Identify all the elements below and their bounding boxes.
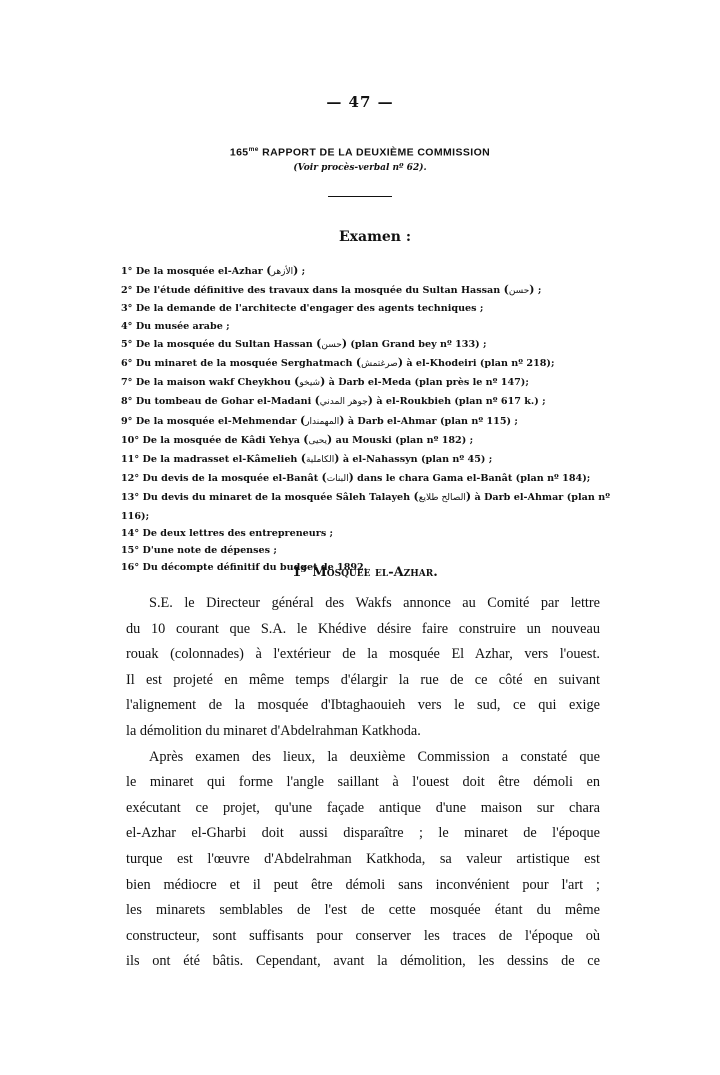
agenda-item: 1° De la mosquée el-Azhar (الأزهر) ;	[121, 262, 601, 281]
item-number: 2°	[121, 285, 132, 296]
agenda-item: 7° De la maison wakf Cheykhou (شيخو) à D…	[121, 373, 601, 392]
text-line: Après examen des lieux, la deuxième Comm…	[126, 745, 600, 771]
text-line: le minaret qui forme l'angle saillant à …	[126, 770, 600, 796]
item-number: 9°	[121, 416, 132, 427]
item-number: 15°	[121, 545, 139, 556]
item-text: De la madrasset el-Kâmelieh	[143, 454, 298, 465]
text-line: l'alignement de la mosquée d'Ibtaghaouie…	[126, 693, 600, 719]
item-text: Du devis du minaret de la mosquée Sâleh …	[143, 492, 411, 503]
arabic-name: حسن	[321, 340, 341, 350]
agenda-item: 11° De la madrasset el-Kâmelieh (الكاملي…	[121, 450, 601, 469]
text-line: S.E. le Directeur général des Wakfs anno…	[126, 591, 600, 617]
item-text: De la mosquée el-Azhar	[136, 266, 263, 277]
item-text-after: à el-Nahassyn (plan nº 45) ;	[343, 454, 492, 465]
arabic-name: جوهر المدني	[320, 397, 368, 407]
item-text: De la mosquée el-Mehmendar	[136, 416, 297, 427]
item-number: 12°	[121, 473, 139, 484]
arabic-name: حسن	[509, 286, 529, 296]
separator-rule	[328, 196, 392, 197]
agenda-item: 3° De la demande de l'architecte d'engag…	[121, 300, 601, 317]
text-line: Il est projeté en même temps d'élargir l…	[126, 668, 600, 694]
text-line: constructeur, sont suffisants pour conse…	[126, 924, 600, 950]
agenda-item: 2° De l'étude définitive des travaux dan…	[121, 281, 601, 300]
item-text-after: à Darb el-Ahmar (plan nº 115) ;	[348, 416, 518, 427]
item-number: 7°	[121, 377, 132, 388]
item-text-after: à el-Khodeiri (plan nº 218);	[406, 358, 554, 369]
text-line: les minarets semblables de l'est de cett…	[126, 898, 600, 924]
arabic-name: يحيى	[309, 436, 328, 446]
item-text-after: au Mouski (plan nº 182) ;	[336, 435, 474, 446]
item-number: 8°	[121, 396, 132, 407]
item-number: 4°	[121, 321, 132, 332]
item-number: 13°	[121, 492, 139, 503]
item-text-after: ;	[302, 266, 306, 277]
item-text: De la mosquée de Kâdi Yehya	[143, 435, 300, 446]
item-text: De la maison wakf Cheykhou	[136, 377, 291, 388]
item-text: De deux lettres des entrepreneurs ;	[143, 528, 334, 539]
agenda-item: 8° Du tombeau de Gohar el-Madani (جوهر ا…	[121, 392, 601, 411]
report-title-text: RAPPORT DE LA DEUXIÈME COMMISSION	[259, 147, 490, 159]
agenda-item: 9° De la mosquée el-Mehmendar (المهمندار…	[121, 412, 601, 431]
agenda-item: 6° Du minaret de la mosquée Serghatmach …	[121, 354, 601, 373]
page-number: — 47 —	[0, 93, 720, 111]
item-text: De la demande de l'architecte d'engager …	[136, 303, 484, 314]
item-text-after: ;	[538, 285, 542, 296]
item-text: De l'étude définitive des travaux dans l…	[136, 285, 500, 296]
item-number: 10°	[121, 435, 139, 446]
arabic-name: المهمندار	[305, 417, 339, 427]
agenda-item: 12° Du devis de la mosquée el-Banât (الب…	[110, 469, 610, 488]
item-text: D'une note de dépenses ;	[143, 545, 277, 556]
agenda-item: 5° De la mosquée du Sultan Hassan (حسن) …	[121, 335, 601, 354]
arabic-name: الصالح طلايع	[419, 493, 466, 503]
item-text-after: (plan Grand bey nº 133) ;	[350, 339, 486, 350]
report-title: 165me RAPPORT DE LA DEUXIÈME COMMISSION	[0, 146, 720, 159]
item-text: Du musée arabe ;	[136, 321, 230, 332]
item-number: 6°	[121, 358, 132, 369]
report-number: 165	[230, 147, 249, 159]
item-text: De la mosquée du Sultan Hassan	[136, 339, 313, 350]
item-number: 14°	[121, 528, 139, 539]
arabic-name: الكاملية	[306, 455, 334, 465]
agenda-item: 15° D'une note de dépenses ;	[121, 542, 601, 559]
document-page: — 47 — 165me RAPPORT DE LA DEUXIÈME COMM…	[0, 0, 720, 1075]
item-text-after: à Darb el-Meda (plan près le nº 147);	[329, 377, 529, 388]
text-line: turque est l'œuvre d'Abdelrahman Katkhod…	[126, 847, 600, 873]
agenda-item: 10° De la mosquée de Kâdi Yehya (يحيى) a…	[121, 431, 601, 450]
text-line: du 10 courant que S.A. le Khédive désire…	[126, 617, 600, 643]
arabic-name: شيخو	[299, 378, 320, 388]
item-text-after: dans le chara Gama el-Banât (plan nº 184…	[357, 473, 590, 484]
text-line: la démolition du minaret d'Abdelrahman K…	[126, 719, 600, 745]
text-line: rouak (colonnades) à l'extérieur de la m…	[126, 642, 600, 668]
text-line: el-Azhar el-Gharbi doit aussi disparaîtr…	[126, 821, 600, 847]
examen-heading: Examen :	[0, 229, 720, 245]
item-number: 3°	[121, 303, 132, 314]
item-text: Du minaret de la mosquée Serghatmach	[136, 358, 353, 369]
item-text: Du devis de la mosquée el-Banât	[143, 473, 319, 484]
agenda-list: 1° De la mosquée el-Azhar (الأزهر) ; 2° …	[121, 262, 601, 576]
body-text: S.E. le Directeur général des Wakfs anno…	[126, 591, 600, 975]
agenda-item: 4° Du musée arabe ;	[121, 318, 601, 335]
arabic-name: البنات	[327, 474, 349, 484]
item-number: 1°	[121, 266, 132, 277]
item-number: 5°	[121, 339, 132, 350]
agenda-item: 14° De deux lettres des entrepreneurs ;	[121, 525, 601, 542]
item-text: Du tombeau de Gohar el-Madani	[136, 396, 311, 407]
arabic-name: صرغتمش	[361, 359, 398, 369]
item-text-after: à el-Roukbieh (plan nº 617 k.) ;	[376, 396, 545, 407]
text-line: ils ont été bâtis. Cependant, avant la d…	[126, 949, 600, 975]
text-line: exécutant ce projet, qu'une façade antiq…	[126, 796, 600, 822]
report-subtitle: (Voir procès-verbal nº 62).	[0, 163, 720, 173]
agenda-item: 13° Du devis du minaret de la mosquée Sâ…	[110, 488, 610, 524]
item-number: 11°	[121, 454, 139, 465]
section-heading-el-azhar: 1° Mosquée el-Azhar.	[0, 565, 720, 580]
report-number-suffix: me	[249, 146, 259, 153]
arabic-name: الأزهر	[271, 267, 293, 277]
text-line: bien médiocre et il peut être démoli san…	[126, 873, 600, 899]
